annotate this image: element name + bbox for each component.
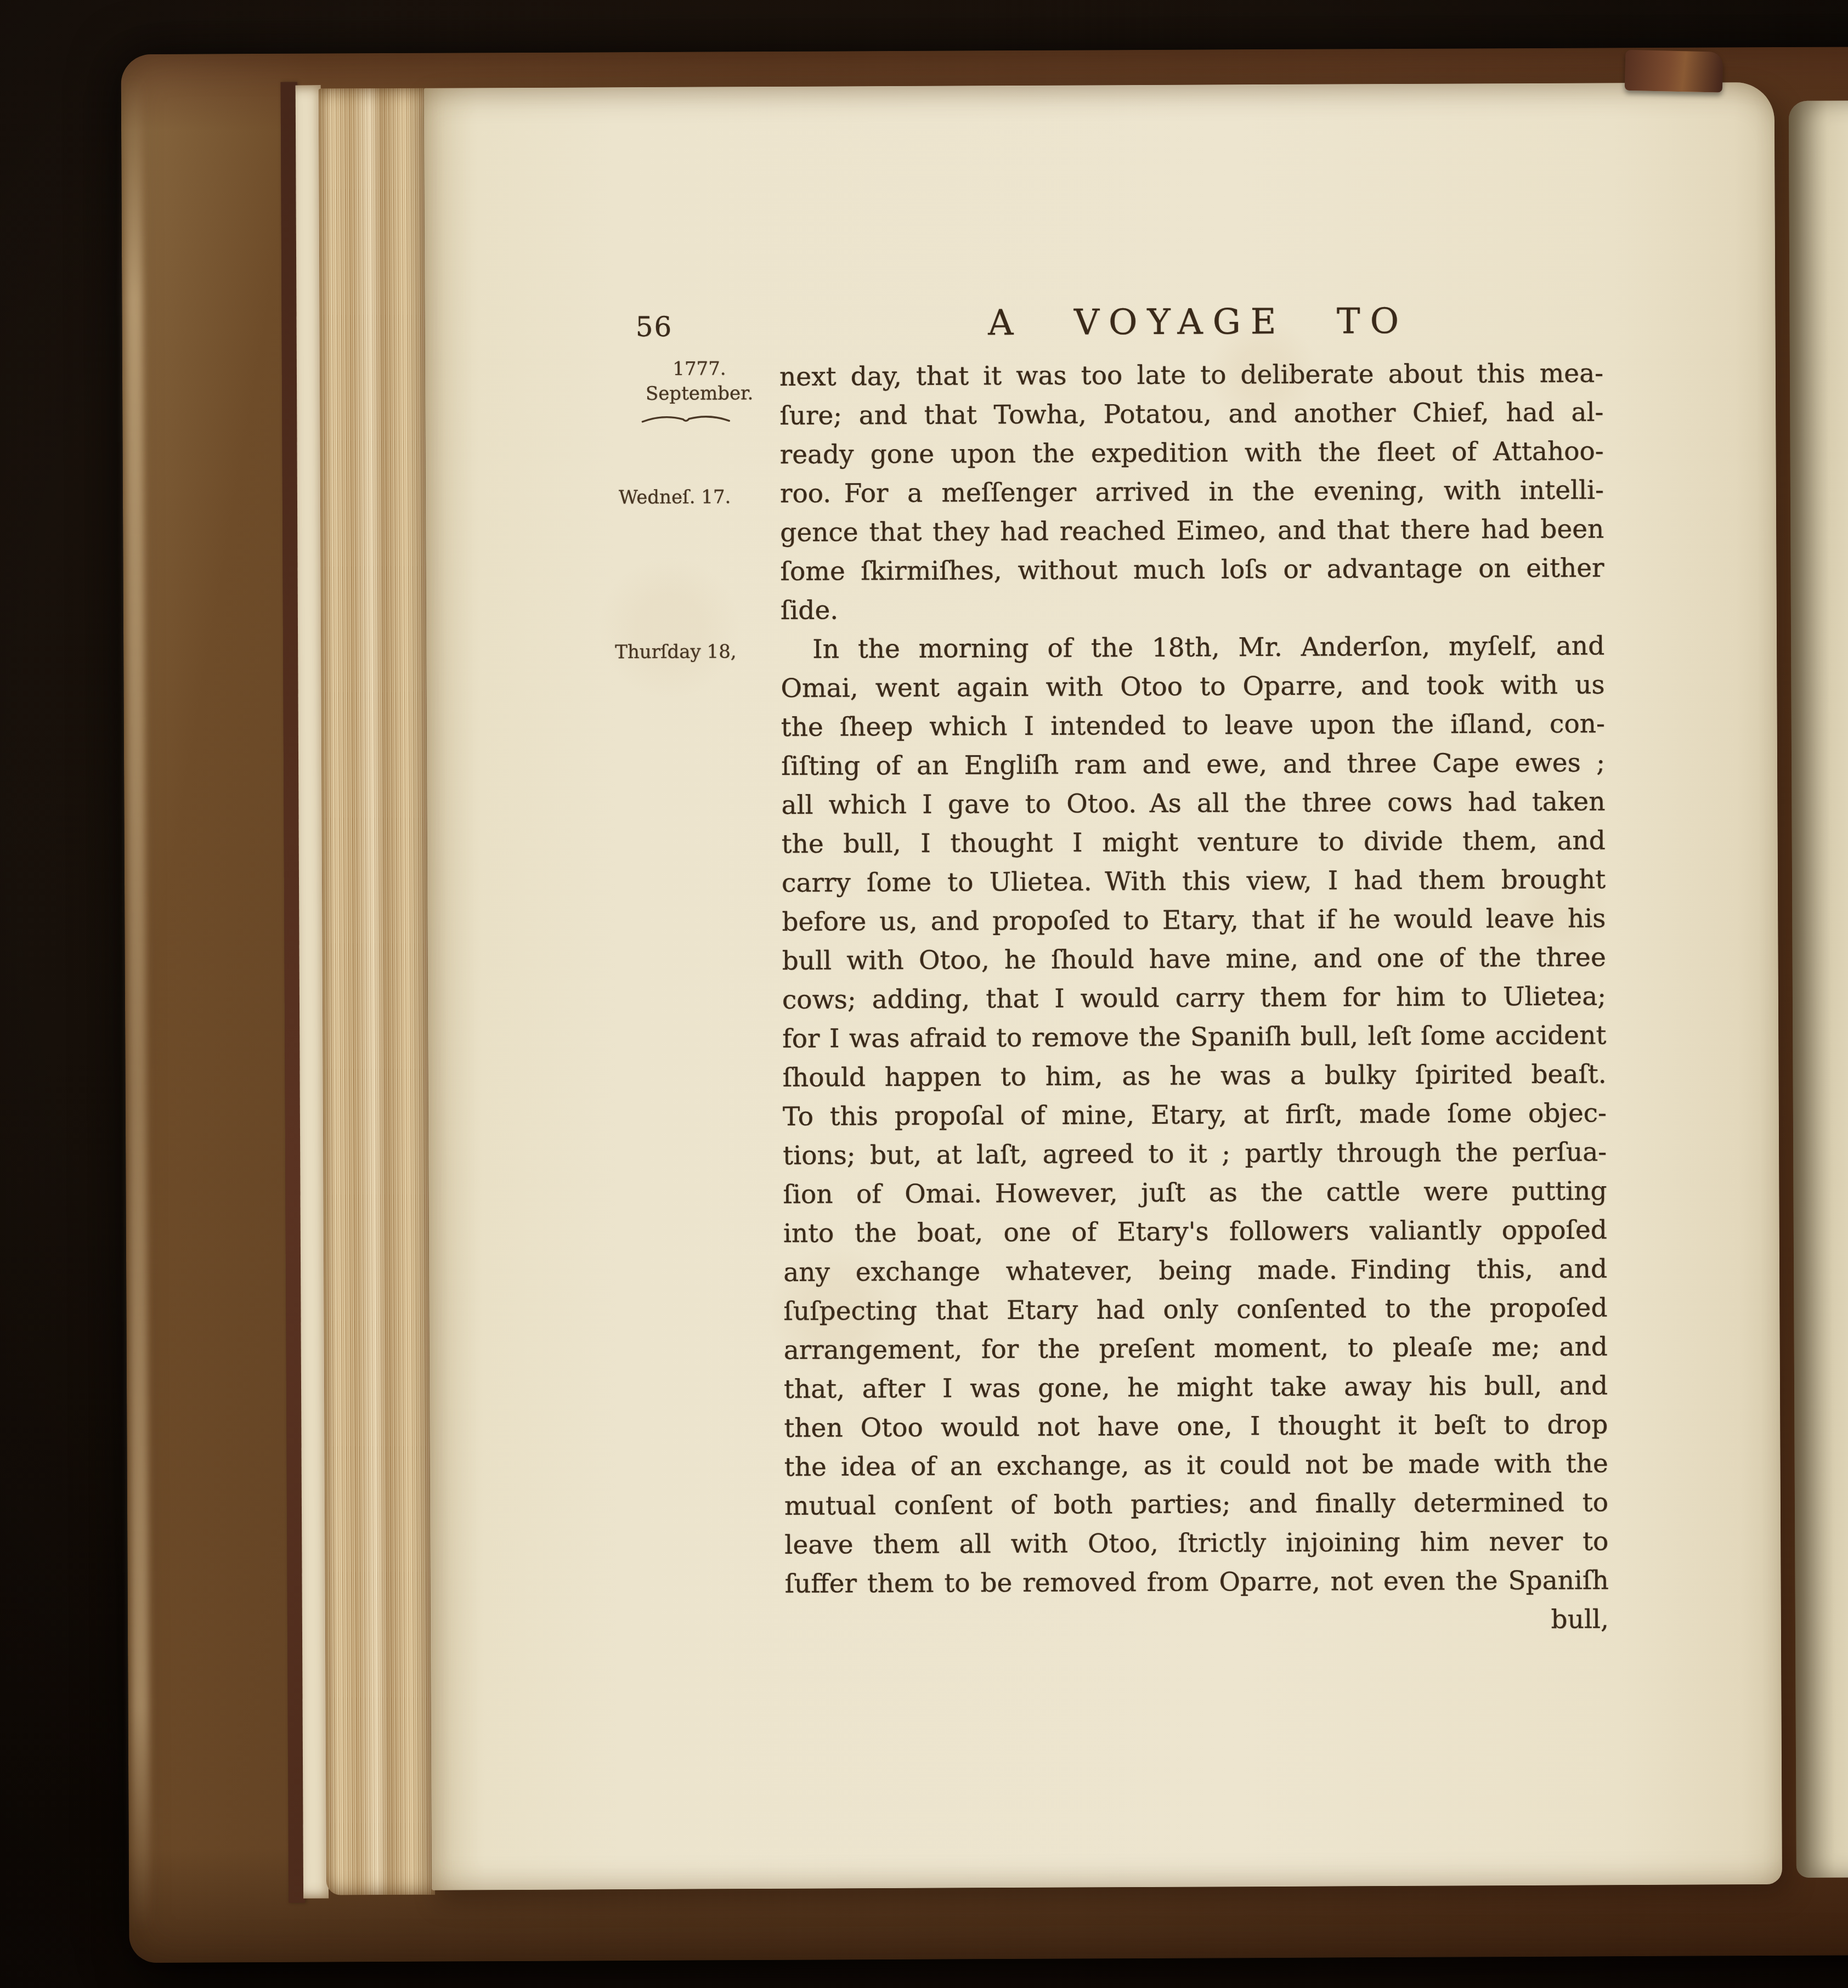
body-line: Omai, went again with Otoo to Oparre, an… [781, 665, 1604, 708]
facing-page-edge [1789, 100, 1848, 1878]
body-text: next day, that it was too late to delibe… [779, 354, 1609, 1642]
body-line: gence that they had reached Eimeo, and t… [780, 509, 1604, 552]
body-line: all which I gave to Otoo. As all the thr… [781, 782, 1605, 825]
body-line: for I was afraid to remove the Spaniſh b… [782, 1016, 1606, 1058]
body-line: ready gone upon the expedition with the … [779, 432, 1603, 474]
margin-note-date: 1777. September. [612, 356, 787, 406]
body-line: bull with Otoo, he ſhould have mine, and… [782, 938, 1606, 981]
margin-note-month: September. [612, 381, 787, 406]
body-line: ſion of Omai. However, juſt as the cattl… [783, 1171, 1607, 1214]
body-line: any exchange whatever, being made. Findi… [783, 1249, 1607, 1292]
body-line: ſide. [781, 587, 1604, 630]
body-line: ſiſting of an Engliſh ram and ewe, and t… [781, 743, 1605, 786]
body-line-paragraph-start: In the morning of the 18th, Mr. Anderſon… [781, 626, 1604, 669]
body-line: mutual conſent of both parties; and fina… [784, 1483, 1608, 1526]
body-line: ſome ſkirmiſhes, without much loſs or ad… [780, 548, 1604, 591]
body-line: into the boat, one of Etary's followers … [783, 1210, 1607, 1253]
margin-note-thursday: Thurſday 18, [615, 641, 737, 663]
photo-background: { "colors": { "background": "#17100a", "… [0, 0, 1848, 1988]
margin-note-wednesday: Wedneſ. 17. [619, 486, 731, 508]
running-title: A VOYAGE TO [918, 301, 1478, 343]
body-line: ſure; and that Towha, Potatou, and anoth… [779, 393, 1603, 435]
book-cover: 56 A VOYAGE TO 1777. September. Wedneſ. … [121, 47, 1848, 1963]
leather-headband [1625, 50, 1723, 93]
body-line: carry ſome to Ulietea. With this view, I… [782, 860, 1606, 903]
body-line: the idea of an exchange, as it could not… [784, 1444, 1608, 1487]
book-page: 56 A VOYAGE TO 1777. September. Wedneſ. … [424, 82, 1782, 1890]
body-line: tions; but, at laſt, agreed to it ; part… [783, 1132, 1607, 1175]
body-line: cows; adding, that I would carry them fo… [782, 977, 1606, 1020]
body-line: next day, that it was too late to delibe… [779, 354, 1603, 397]
leather-spine-highlight [125, 76, 150, 1930]
body-line: the ſheep which I intended to leave upon… [781, 704, 1605, 747]
body-line: roo. For a meſſenger arrived in the even… [780, 471, 1604, 513]
body-line: leave them all with Otoo, ſtrictly injoi… [784, 1522, 1608, 1565]
body-line: arrangement, for the preſent moment, to … [784, 1327, 1608, 1370]
catchword: bull, [785, 1600, 1609, 1642]
body-line: ſuſpecting that Etary had only conſented… [783, 1288, 1607, 1331]
body-line: ſuffer them to be removed from Oparre, n… [784, 1561, 1608, 1604]
body-line: ſhould happen to him, as he was a bulky … [782, 1055, 1606, 1097]
page-edges-stack [319, 88, 435, 1895]
body-line: To this propoſal of mine, Etary, at firſ… [783, 1094, 1607, 1136]
date-brace-flourish-icon [639, 412, 732, 429]
page-number: 56 [635, 311, 672, 343]
body-line: then Otoo would not have one, I thought … [784, 1405, 1608, 1448]
margin-note-year: 1777. [612, 356, 787, 382]
body-line: that, after I was gone, he might take aw… [784, 1366, 1608, 1409]
body-line: the bull, I thought I might venture to d… [782, 821, 1606, 864]
body-line: before us, and propoſed to Etary, that i… [782, 899, 1606, 942]
